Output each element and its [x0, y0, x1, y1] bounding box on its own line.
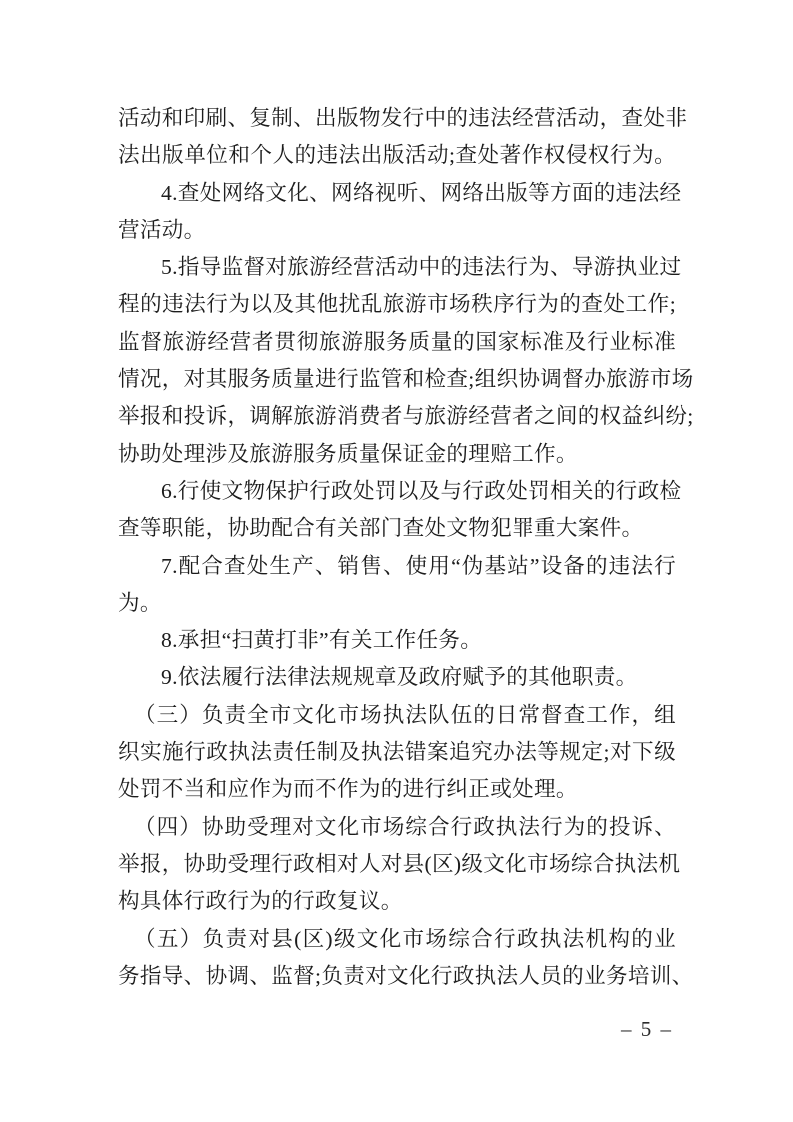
- text-line: 构具体行政行为的行政复议。: [118, 883, 676, 920]
- page-number: – 5 –: [621, 1014, 673, 1044]
- text-line: 程的违法行为以及其他扰乱旅游市场秩序行为的查处工作;: [118, 286, 676, 323]
- document-page: 活动和印刷、复制、出版物发行中的违法经营活动，查处非法出版单位和个人的违法出版活…: [0, 0, 793, 1122]
- text-line: 务指导、协调、监督;负责对文化行政执法人员的业务培训、: [118, 958, 676, 995]
- text-line: （三）负责全市文化市场执法队伍的日常督查工作，组: [118, 697, 676, 734]
- text-line: （五）负责对县(区)级文化市场综合行政执法机构的业: [118, 921, 676, 958]
- text-line: 7.配合查处生产、销售、使用“伪基站”设备的违法行: [118, 548, 676, 585]
- text-line: 监督旅游经营者贯彻旅游服务质量的国家标准及行业标准: [118, 324, 676, 361]
- text-line: 举报和投诉，调解旅游消费者与旅游经营者之间的权益纠纷;: [118, 398, 676, 435]
- text-line: 法出版单位和个人的违法出版活动;查处著作权侵权行为。: [118, 137, 676, 174]
- text-line: （四）协助受理对文化市场综合行政执法行为的投诉、: [118, 809, 676, 846]
- text-line: 营活动。: [118, 212, 676, 249]
- text-line: 协助处理涉及旅游服务质量保证金的理赔工作。: [118, 436, 676, 473]
- text-line: 织实施行政执法责任制及执法错案追究办法等规定;对下级: [118, 734, 676, 771]
- text-line: 查等职能，协助配合有关部门查处文物犯罪重大案件。: [118, 510, 676, 547]
- text-line: 4.查处网络文化、网络视听、网络出版等方面的违法经: [118, 175, 676, 212]
- text-line: 活动和印刷、复制、出版物发行中的违法经营活动，查处非: [118, 100, 676, 137]
- text-line: 6.行使文物保护行政处罚以及与行政处罚相关的行政检: [118, 473, 676, 510]
- text-line: 处罚不当和应作为而不作为的进行纠正或处理。: [118, 771, 676, 808]
- text-line: 9.依法履行法律法规规章及政府赋予的其他职责。: [118, 659, 676, 696]
- document-body: 活动和印刷、复制、出版物发行中的违法经营活动，查处非法出版单位和个人的违法出版活…: [118, 100, 676, 995]
- text-line: 为。: [118, 585, 676, 622]
- text-line: 情况，对其服务质量进行监管和检查;组织协调督办旅游市场: [118, 361, 676, 398]
- text-line: 8.承担“扫黄打非”有关工作任务。: [118, 622, 676, 659]
- text-line: 5.指导监督对旅游经营活动中的违法行为、导游执业过: [118, 249, 676, 286]
- text-line: 举报，协助受理行政相对人对县(区)级文化市场综合执法机: [118, 846, 676, 883]
